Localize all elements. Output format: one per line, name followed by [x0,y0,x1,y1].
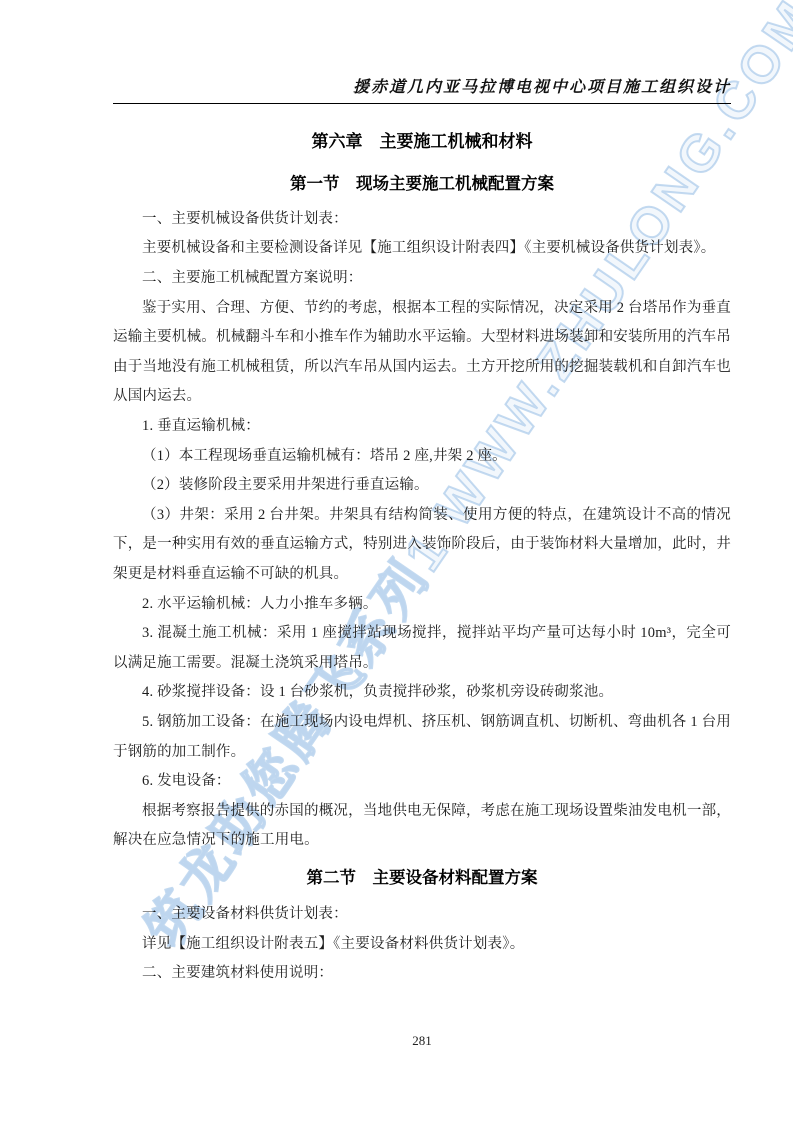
paragraph: 5. 钢筋加工设备：在施工现场内设电焊机、挤压机、钢筋调直机、切断机、弯曲机各 … [113,708,731,767]
section1-paragraphs: 一、主要机械设备供货计划表：主要机械设备和主要检测设备详见【施工组织设计附表四】… [113,205,731,856]
paragraph: 2. 水平运输机械：人力小推车多辆。 [113,590,731,620]
paragraph: 鉴于实用、合理、方便、节约的考虑，根据本工程的实际情况，决定采用 2 台塔吊作为… [113,294,731,412]
paragraph: （2）装修阶段主要采用井架进行垂直运输。 [113,471,731,501]
paragraph: （3）井架：采用 2 台井架。井架具有结构简装、使用方便的特点，在建筑设计不高的… [113,501,731,590]
paragraph: 二、主要施工机械配置方案说明： [113,264,731,294]
document-body: 第六章 主要施工机械和材料 第一节 现场主要施工机械配置方案 一、主要机械设备供… [113,0,731,989]
paragraph: 6. 发电设备： [113,767,731,797]
paragraph: 主要机械设备和主要检测设备详见【施工组织设计附表四】《主要机械设备供货计划表》。 [113,234,731,264]
paragraph: 1. 垂直运输机械： [113,412,731,442]
paragraph: 详见【施工组织设计附表五】《主要设备材料供货计划表》。 [113,930,731,960]
paragraph: 3. 混凝土施工机械：采用 1 座搅拌站现场搅拌，搅拌站平均产量可达每小时 10… [113,619,731,678]
paragraph: 根据考察报告提供的赤国的概况，当地供电无保障，考虑在施工现场设置柴油发电机一部，… [113,797,731,856]
section1-title: 第一节 现场主要施工机械配置方案 [113,175,731,193]
section2-paragraphs: 一、主要设备材料供货计划表：详见【施工组织设计附表五】《主要设备材料供货计划表》… [113,900,731,989]
paragraph: 一、主要机械设备供货计划表： [113,205,731,235]
section2-title: 第二节 主要设备材料配置方案 [113,869,731,887]
chapter-title: 第六章 主要施工机械和材料 [113,133,731,152]
paragraph: （1）本工程现场垂直运输机械有：塔吊 2 座,井架 2 座。 [113,442,731,472]
paragraph: 二、主要建筑材料使用说明： [113,959,731,989]
document-page: 筑龙助您腾飞系列1 WWW.ZHULONG.COM 援赤道几内亚马拉博电视中心项… [0,0,793,1122]
paragraph: 4. 砂浆搅拌设备：设 1 台砂浆机，负责搅拌砂浆，砂浆机旁设砖砌浆池。 [113,678,731,708]
page-number: 281 [113,1033,731,1049]
paragraph: 一、主要设备材料供货计划表： [113,900,731,930]
